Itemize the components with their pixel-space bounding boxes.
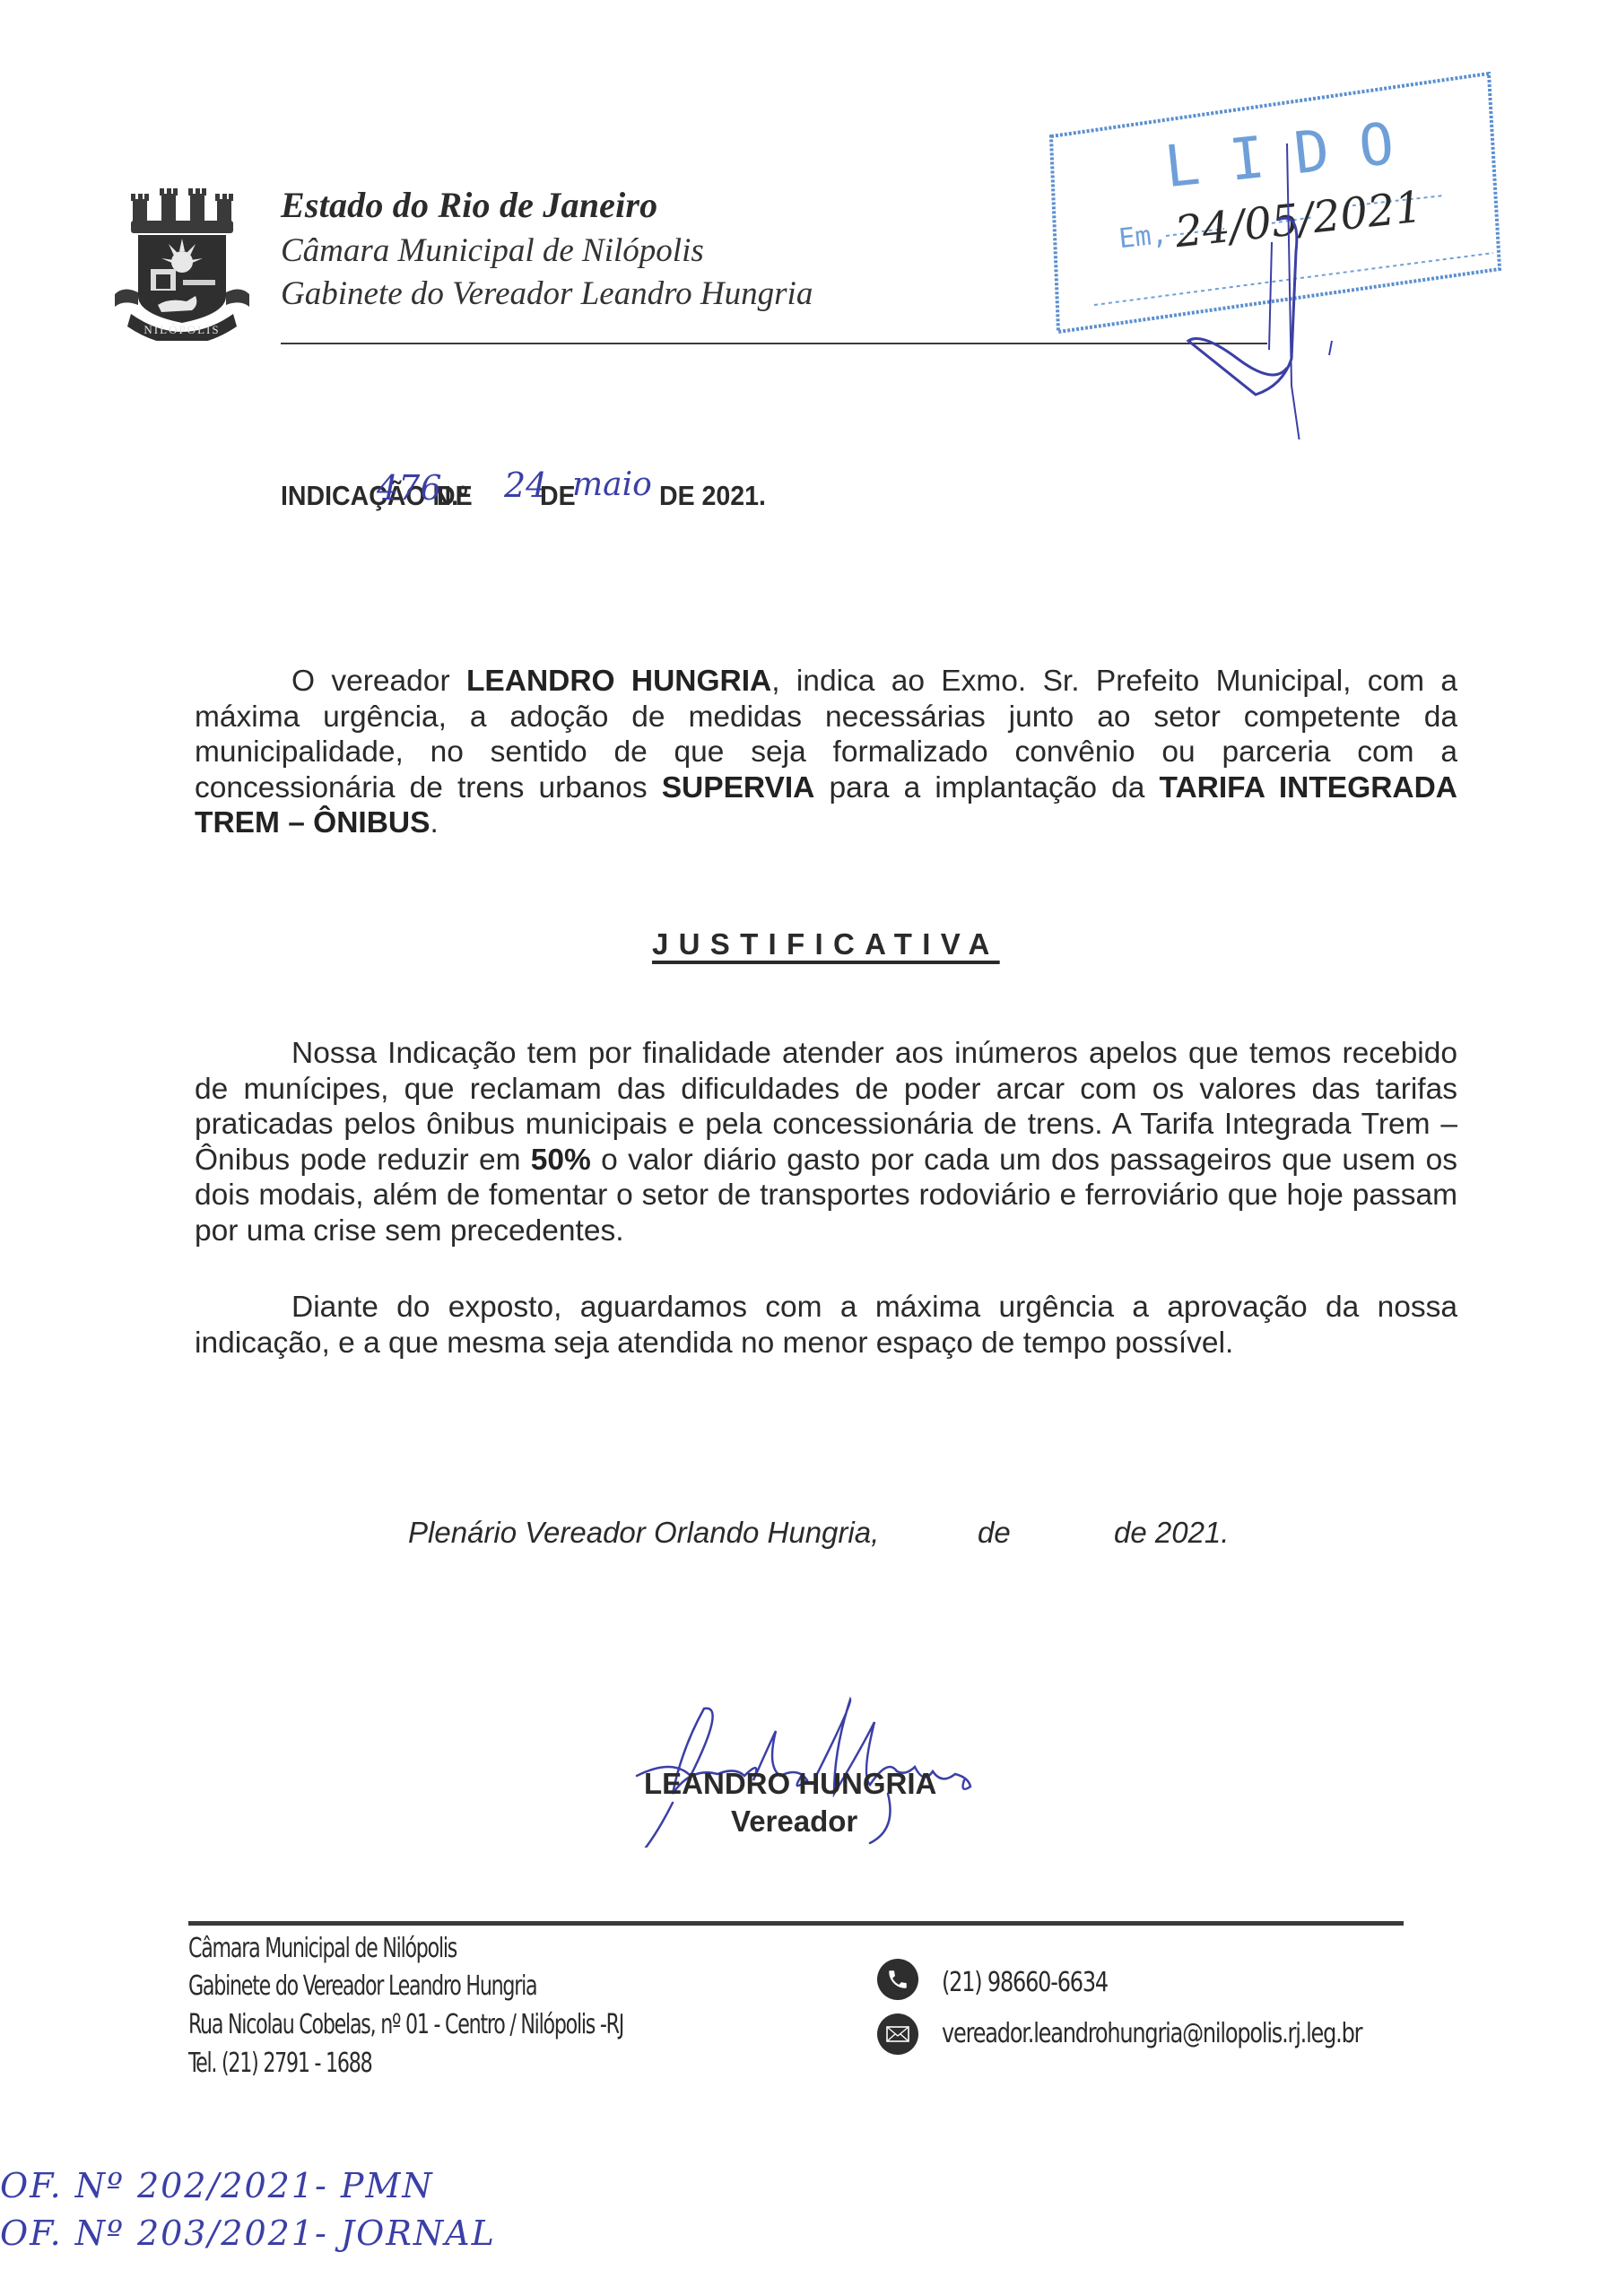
- councilor-name: LEANDRO HUNGRIA: [466, 665, 771, 698]
- lido-stamp: LIDO Em, 24/05/2021: [1040, 63, 1507, 439]
- whatsapp-phone-icon: [877, 1959, 918, 2000]
- indication-body: O vereador LEANDRO HUNGRIA, indica ao Ex…: [195, 664, 1457, 841]
- header-chamber: Câmara Municipal de Nilópolis: [281, 231, 704, 270]
- signatory-role: Vereador: [731, 1805, 857, 1839]
- indication-year: DE 2021.: [659, 480, 766, 512]
- municipal-crest-icon: NILÓPOLIS: [106, 179, 258, 341]
- header-office: Gabinete do Vereador Leandro Hungria: [281, 274, 813, 313]
- indication-de-2: DE: [540, 480, 576, 512]
- footer-office: Gabinete do Vereador Leandro Hungria: [188, 1970, 536, 2002]
- envelope-icon: [877, 2013, 918, 2055]
- header-state: Estado do Rio de Janeiro: [281, 184, 657, 226]
- indication-month: maio: [572, 466, 652, 503]
- plenario-de: de: [978, 1516, 1011, 1550]
- footer-email: vereador.leandrohungria@nilopolis.rj.leg…: [942, 2018, 1361, 2049]
- handwritten-note-1: OF. Nº 202/2021- PMN: [0, 2166, 434, 2205]
- justification-paragraph: Nossa Indicação tem por finalidade atend…: [195, 1036, 1457, 1248]
- footer-divider: [188, 1921, 1404, 1926]
- supervia: SUPERVIA: [662, 771, 815, 804]
- stamp-prefix: Em,: [1118, 219, 1170, 255]
- indication-de-1: DE: [437, 480, 473, 512]
- footer-chamber: Câmara Municipal de Nilópolis: [188, 1933, 457, 1964]
- justification-title: JUSTIFICATIVA: [652, 927, 1000, 961]
- closing-paragraph: Diante do exposto, aguardamos com a máxi…: [195, 1290, 1457, 1361]
- plenario-place: Plenário Vereador Orlando Hungria,: [408, 1516, 879, 1550]
- svg-text:NILÓPOLIS: NILÓPOLIS: [144, 323, 220, 336]
- footer-phone: (21) 98660-6634: [942, 1967, 1108, 1998]
- signatory-name: LEANDRO HUNGRIA: [644, 1767, 936, 1801]
- handwritten-note-2: OF. Nº 203/2021- JORNAL: [0, 2213, 496, 2253]
- discount-percent: 50%: [531, 1144, 591, 1177]
- footer-address: Rua Nicolau Cobelas, nº 01 - Centro / Ni…: [188, 2009, 623, 2040]
- indication-number: 476: [377, 468, 442, 508]
- plenario-year: de 2021.: [1114, 1516, 1229, 1550]
- footer-tel: Tel. (21) 2791 - 1688: [188, 2048, 371, 2079]
